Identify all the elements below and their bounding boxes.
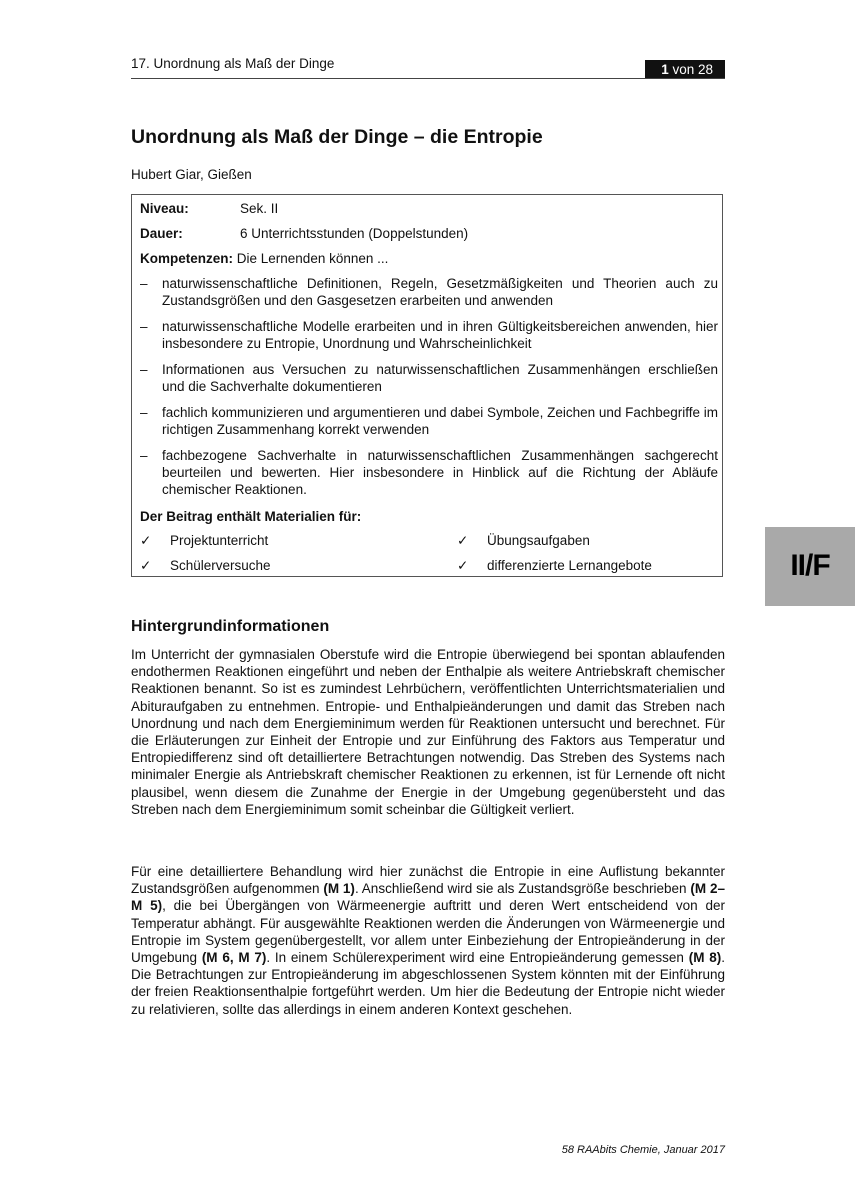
dash-bullet: – [140,447,148,464]
material-label: Schülerversuche [170,558,271,573]
page-current: 1 [661,62,669,77]
dauer-value: 6 Unterrichtsstunden (Doppelstunden) [240,226,468,241]
chapter-title: 17. Unordnung als Maß der Dinge [131,56,334,71]
material-item: ✓Übungsaufgaben [457,533,590,549]
page-indicator: 1 von 28 [645,60,725,78]
list-item-text: naturwissenschaftliche Definitionen, Reg… [162,276,718,308]
list-item: –naturwissenschaftliche Definitionen, Re… [140,275,718,309]
page-total: von 28 [669,62,713,77]
kompetenzen-label: Kompetenzen: [140,251,233,266]
kompetenzen-intro: Die Lernenden können ... [233,251,388,266]
kompetenzen-row: Kompetenzen: Die Lernenden können ... [140,251,388,266]
dash-bullet: – [140,318,148,335]
list-item-text: fachbezogene Sachverhalte in naturwissen… [162,448,718,497]
checkmark-icon: ✓ [457,533,487,549]
checkmark-icon: ✓ [140,533,170,549]
list-item: –fachbezogene Sachverhalte in naturwisse… [140,447,718,498]
material-label: Projektunterricht [170,533,268,548]
material-ref: (M 6, M 7) [202,950,267,965]
paragraph: Für eine detailliertere Behandlung wird … [131,863,725,1018]
footer: 58 RAAbits Chemie, Januar 2017 [562,1144,725,1156]
kompetenzen-list: –naturwissenschaftliche Definitionen, Re… [140,275,718,507]
list-item: –fachlich kommunizieren und argumentiere… [140,404,718,438]
paragraph: Im Unterricht der gymnasialen Oberstufe … [131,646,725,818]
author: Hubert Giar, Gießen [131,167,252,182]
checkmark-icon: ✓ [140,558,170,574]
running-header: 17. Unordnung als Maß der Dinge 1 von 28 [131,56,725,79]
list-item-text: fachlich kommunizieren und argumentieren… [162,405,718,437]
material-label: differenzierte Lernangebote [487,558,652,573]
list-item: –Informationen aus Versuchen zu naturwis… [140,361,718,395]
document-title: Unordnung als Maß der Dinge – die Entrop… [131,126,543,149]
section-tab-label: II/F [765,549,855,583]
material-ref: (M 1) [323,881,355,896]
niveau-value: Sek. II [240,201,278,216]
dash-bullet: – [140,275,148,292]
materials-title: Der Beitrag enthält Materialien für: [140,509,361,524]
text-run: . In einem Schülerexperiment wird eine E… [266,950,688,965]
section-heading: Hintergrundinformationen [131,618,329,636]
dash-bullet: – [140,361,148,378]
dauer-row: Dauer:6 Unterrichtsstunden (Doppelstunde… [140,226,468,241]
list-item-text: naturwissenschaftliche Modelle erarbeite… [162,319,718,351]
list-item-text: Informationen aus Versuchen zu naturwiss… [162,362,718,394]
material-label: Übungsaufgaben [487,533,590,548]
material-item: ✓Schülerversuche [140,558,271,574]
text-run: . Anschließend wird sie als Zustandsgröß… [355,881,690,896]
material-ref: (M 8) [689,950,722,965]
dauer-label: Dauer: [140,226,240,241]
section-tab-marker: II/F [765,527,855,606]
material-item: ✓differenzierte Lernangebote [457,558,652,574]
niveau-row: Niveau:Sek. II [140,201,278,216]
checkmark-icon: ✓ [457,558,487,574]
material-item: ✓Projektunterricht [140,533,268,549]
niveau-label: Niveau: [140,201,240,216]
list-item: –naturwissenschaftliche Modelle erarbeit… [140,318,718,352]
info-box: Niveau:Sek. II Dauer:6 Unterrichtsstunde… [131,194,723,577]
dash-bullet: – [140,404,148,421]
